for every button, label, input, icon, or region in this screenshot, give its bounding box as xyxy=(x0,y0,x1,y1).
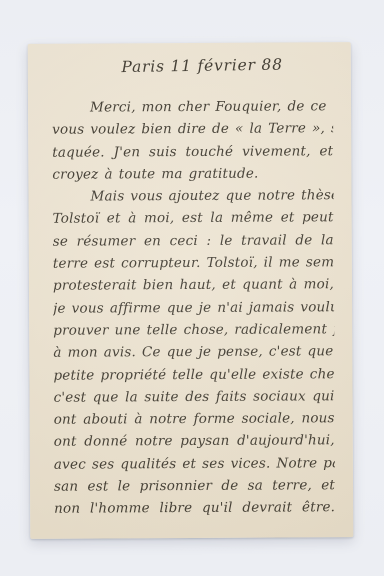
letter-line: petite propriété telle qu'elle existe ch… xyxy=(53,363,334,387)
letter-line: se résumer en ceci : le travail de la xyxy=(53,229,334,253)
letter-line: taquée. J'en suis touché vivement, et xyxy=(52,140,333,164)
letter-line: Tolstoï et à moi, est la même et peut xyxy=(53,207,334,231)
letter-line: protesterait bien haut, et quant à moi, xyxy=(53,274,334,298)
letter-line: c'est que la suite des faits sociaux qui xyxy=(54,385,335,409)
letter-body: Merci, mon cher Fouquier, de ce que vous… xyxy=(44,95,337,520)
letter-paper: Paris 11 février 88 Merci, mon cher Fouq… xyxy=(28,42,354,539)
letter-line: terre est corrupteur. Tolstoï, il me sem… xyxy=(53,251,334,275)
letter-line: je vous affirme que je n'ai jamais voulu xyxy=(53,296,334,320)
letter-line: non l'homme libre qu'il devrait être. xyxy=(54,497,335,521)
letter-photo: Paris 11 février 88 Merci, mon cher Fouq… xyxy=(0,0,384,576)
letter-dateline: Paris 11 février 88 xyxy=(44,55,335,80)
letter-line: à mon avis. Ce que je pense, c'est que l… xyxy=(53,341,334,365)
letter-line: ont donné notre paysan d'aujourd'hui, xyxy=(54,430,335,454)
letter-line: avec ses qualités et ses vices. Notre pa… xyxy=(54,452,335,476)
letter-line: Merci, mon cher Fouquier, de ce que xyxy=(52,95,333,119)
letter-line: san est le prisonnier de sa terre, et xyxy=(54,474,335,498)
letter-line: vous voulez bien dire de « la Terre », s… xyxy=(52,118,333,142)
letter-line: Mais vous ajoutez que notre thèse, à xyxy=(52,184,333,208)
letter-line: prouver une telle chose, radicalement fa… xyxy=(53,318,334,342)
letter-line: ont abouti à notre forme sociale, nous xyxy=(54,407,335,431)
letter-line: croyez à toute ma gratitude. xyxy=(52,162,333,186)
